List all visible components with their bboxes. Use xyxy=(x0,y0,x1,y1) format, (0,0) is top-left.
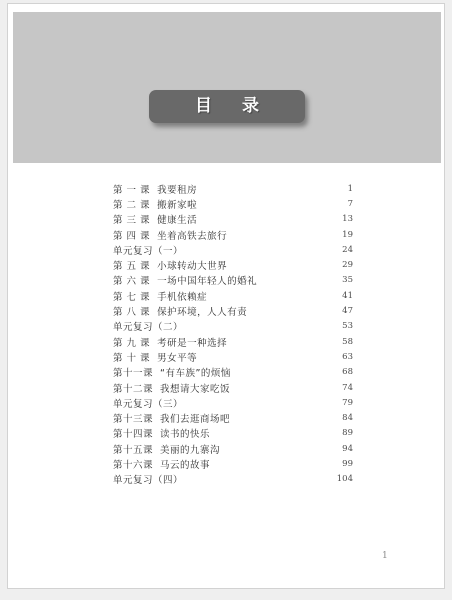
toc-entry-text: 单元复习（四） xyxy=(113,472,183,486)
toc-row: 第十五课 美丽的九寨沟94 xyxy=(113,441,353,456)
toc-entry-page: 29 xyxy=(342,260,353,270)
toc-entry-text: 第 八 课 保护环境，人人有责 xyxy=(113,304,247,318)
toc-entry-text: 第 四 课 坐着高铁去旅行 xyxy=(113,228,227,242)
toc-entry-text: 第 二 课 搬新家啦 xyxy=(113,197,197,211)
toc-entry-text: 第十三课 我们去逛商场吧 xyxy=(113,411,230,425)
toc-title-char-left: 目 xyxy=(195,98,212,115)
toc-entry-page: 84 xyxy=(342,413,353,423)
toc-row: 第 五 课 小球转动大世界29 xyxy=(113,257,353,272)
toc-row: 第十三课 我们去逛商场吧84 xyxy=(113,410,353,425)
toc-entry-page: 89 xyxy=(342,428,353,438)
toc-entry-text: 第 一 课 我要租房 xyxy=(113,182,197,196)
toc-entry-text: 第 三 课 健康生活 xyxy=(113,212,197,226)
toc-entry-page: 1 xyxy=(348,184,353,194)
toc-entry-text: 第 七 课 手机依赖症 xyxy=(113,289,207,303)
toc-entry-page: 94 xyxy=(342,444,353,454)
toc-entry-page: 63 xyxy=(342,352,353,362)
toc-row: 单元复习（一）24 xyxy=(113,242,353,257)
toc-entry-page: 13 xyxy=(342,214,353,224)
toc-title-char-right: 录 xyxy=(242,98,259,115)
toc-entry-text: 第 五 课 小球转动大世界 xyxy=(113,258,227,272)
toc-row: 第十六课 马云的故事99 xyxy=(113,456,353,471)
toc-entry-page: 47 xyxy=(342,306,353,316)
toc-entry-page: 74 xyxy=(342,383,353,393)
toc-row: 第 十 课 男女平等63 xyxy=(113,349,353,364)
footer-page-number: 1 xyxy=(382,551,388,561)
toc-title-box: 目 录 xyxy=(149,90,305,123)
toc-entry-text: 第 六 课 一场中国年轻人的婚礼 xyxy=(113,273,257,287)
toc-row: 第 九 课 考研是一种选择58 xyxy=(113,334,353,349)
toc-entry-text: 单元复习（一） xyxy=(113,243,183,257)
toc-entry-text: 第十六课 马云的故事 xyxy=(113,457,210,471)
toc-entry-page: 35 xyxy=(342,275,353,285)
toc-row: 第 一 课 我要租房1 xyxy=(113,181,353,196)
toc-row: 第十二课 我想请大家吃饭74 xyxy=(113,380,353,395)
toc-entry-page: 58 xyxy=(342,337,353,347)
toc-entry-page: 68 xyxy=(342,367,353,377)
toc-entry-text: 第十二课 我想请大家吃饭 xyxy=(113,381,230,395)
toc-row: 第 六 课 一场中国年轻人的婚礼35 xyxy=(113,273,353,288)
toc-entry-text: 第十四课 读书的快乐 xyxy=(113,426,210,440)
toc-entry-page: 7 xyxy=(348,199,353,209)
toc-list: 第 一 课 我要租房1第 二 课 搬新家啦7第 三 课 健康生活13第 四 课 … xyxy=(113,181,353,487)
toc-row: 第 七 课 手机依赖症41 xyxy=(113,288,353,303)
toc-entry-text: 第 十 课 男女平等 xyxy=(113,350,197,364)
screenshot-canvas: 目 录 第 一 课 我要租房1第 二 课 搬新家啦7第 三 课 健康生活13第 … xyxy=(0,0,452,600)
toc-entry-page: 41 xyxy=(342,291,353,301)
book-page: 目 录 第 一 课 我要租房1第 二 课 搬新家啦7第 三 课 健康生活13第 … xyxy=(7,3,445,589)
toc-entry-page: 19 xyxy=(342,230,353,240)
toc-entry-text: 第十五课 美丽的九寨沟 xyxy=(113,442,220,456)
toc-entry-page: 79 xyxy=(342,398,353,408)
toc-row: 第 三 课 健康生活13 xyxy=(113,212,353,227)
toc-entry-text: 第十一课 “有车族”的烦恼 xyxy=(113,365,231,379)
toc-entry-page: 53 xyxy=(342,321,353,331)
toc-row: 单元复习（三）79 xyxy=(113,395,353,410)
toc-row: 第 四 课 坐着高铁去旅行19 xyxy=(113,227,353,242)
header-band: 目 录 xyxy=(13,12,441,163)
toc-row: 第十一课 “有车族”的烦恼68 xyxy=(113,365,353,380)
toc-row: 单元复习（二）53 xyxy=(113,319,353,334)
toc-entry-text: 单元复习（二） xyxy=(113,319,183,333)
toc-row: 第 八 课 保护环境，人人有责47 xyxy=(113,303,353,318)
toc-row: 第 二 课 搬新家啦7 xyxy=(113,196,353,211)
toc-row: 单元复习（四）104 xyxy=(113,472,353,487)
toc-entry-page: 99 xyxy=(342,459,353,469)
toc-row: 第十四课 读书的快乐89 xyxy=(113,426,353,441)
toc-entry-text: 第 九 课 考研是一种选择 xyxy=(113,335,227,349)
toc-entry-text: 单元复习（三） xyxy=(113,396,183,410)
toc-entry-page: 24 xyxy=(342,245,353,255)
toc-entry-page: 104 xyxy=(337,474,353,484)
